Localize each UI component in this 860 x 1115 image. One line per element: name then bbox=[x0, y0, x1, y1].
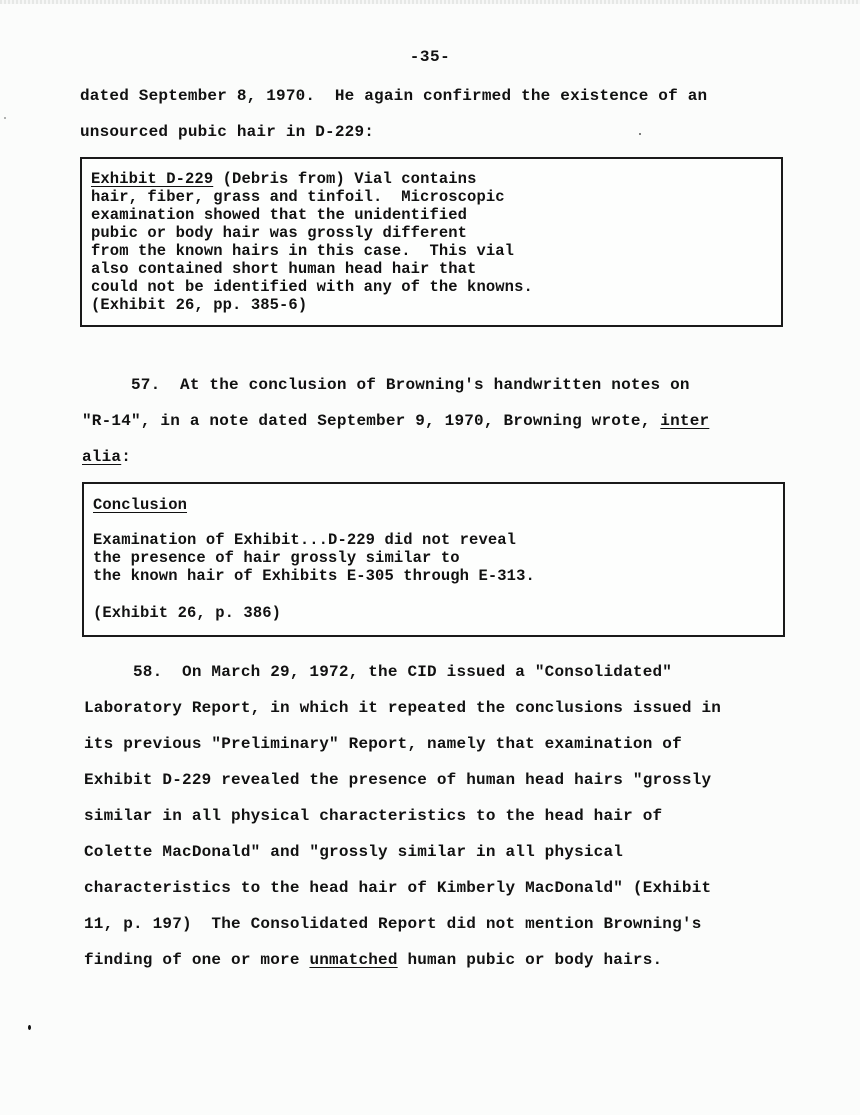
quote2-citation: (Exhibit 26, p. 386) bbox=[93, 604, 281, 622]
quote1-line-1-rest: (Debris from) Vial contains bbox=[213, 170, 476, 188]
quote1-line: could not be identified with any of the … bbox=[91, 278, 533, 296]
page-number: -35- bbox=[0, 48, 860, 66]
quote1-line: from the known hairs in this case. This … bbox=[91, 242, 514, 260]
para58-line: Exhibit D-229 revealed the presence of h… bbox=[84, 770, 711, 790]
para58-line: 11, p. 197) The Consolidated Report did … bbox=[84, 914, 702, 934]
latin-alia: alia bbox=[82, 448, 121, 466]
quote2-line: the known hair of Exhibits E-305 through… bbox=[93, 567, 535, 585]
quote1-citation: (Exhibit 26, pp. 385-6) bbox=[91, 296, 307, 314]
quote-box-conclusion: Conclusion Examination of Exhibit...D-22… bbox=[82, 482, 785, 637]
para58-last-line: finding of one or more unmatched human p… bbox=[84, 950, 662, 970]
para58-line: characteristics to the head hair of Kimb… bbox=[84, 878, 711, 898]
para57-line-1: 57. At the conclusion of Browning's hand… bbox=[82, 375, 690, 395]
para58-last-line-post: human pubic or body hairs. bbox=[398, 951, 663, 969]
para58-line: its previous "Preliminary" Report, namel… bbox=[84, 734, 682, 754]
quote1-line: also contained short human head hair tha… bbox=[91, 260, 476, 278]
quote1-line: hair, fiber, grass and tinfoil. Microsco… bbox=[91, 188, 505, 206]
quote2-line: the presence of hair grossly similar to bbox=[93, 549, 460, 567]
scan-speck bbox=[4, 117, 6, 119]
para57-colon: : bbox=[121, 448, 131, 466]
intro-line-2: unsourced pubic hair in D-229: bbox=[80, 122, 374, 142]
latin-inter: inter bbox=[660, 412, 709, 430]
quote1-line: pubic or body hair was grossly different bbox=[91, 224, 467, 242]
intro-line-1: dated September 8, 1970. He again confir… bbox=[80, 86, 707, 106]
quote2-line: Examination of Exhibit...D-229 did not r… bbox=[93, 531, 516, 549]
para57-line-3: alia: bbox=[82, 447, 131, 467]
scan-speck bbox=[28, 1025, 31, 1030]
conclusion-heading: Conclusion bbox=[93, 496, 187, 514]
para57-line-2: "R-14", in a note dated September 9, 197… bbox=[82, 411, 709, 431]
quote1-line: examination showed that the unidentified bbox=[91, 206, 467, 224]
para58-last-line-pre: finding of one or more bbox=[84, 951, 309, 969]
para58-line: similar in all physical characteristics … bbox=[84, 806, 662, 826]
exhibit-reference: Exhibit D-229 bbox=[91, 170, 213, 188]
para58-line: Laboratory Report, in which it repeated … bbox=[84, 698, 721, 718]
para58-line: Colette MacDonald" and "grossly similar … bbox=[84, 842, 623, 862]
para57-line-2-text: "R-14", in a note dated September 9, 197… bbox=[82, 412, 660, 430]
quote-box-exhibit-d229: Exhibit D-229 (Debris from) Vial contain… bbox=[80, 157, 783, 327]
scan-top-edge bbox=[0, 0, 860, 4]
scan-speck bbox=[639, 133, 641, 135]
emphasis-unmatched: unmatched bbox=[309, 951, 397, 969]
para58-line: 58. On March 29, 1972, the CID issued a … bbox=[84, 662, 672, 682]
quote1-line-1: Exhibit D-229 (Debris from) Vial contain… bbox=[91, 170, 476, 188]
